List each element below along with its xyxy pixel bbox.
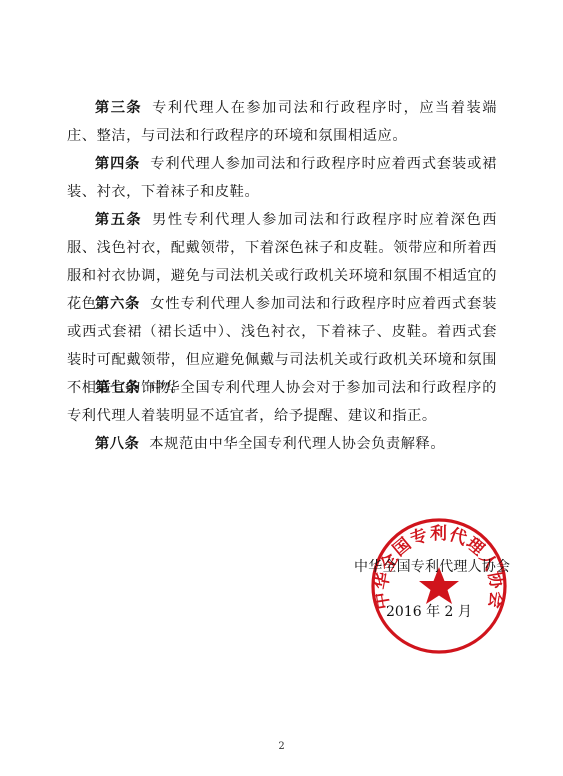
article-8: 第八条本规范由中华全国专利代理人协会负责解释。 [67, 430, 497, 458]
article-heading: 第八条 [95, 436, 139, 452]
signature-date: 2016 年 2 月 [386, 601, 472, 621]
official-seal-icon: 中华全国专利代理人协会 [370, 517, 508, 655]
signature-organization: 中华全国专利代理人协会 [354, 556, 510, 576]
article-3: 第三条专利代理人在参加司法和行政程序时，应当着装端庄、整洁，与司法和行政程序的环… [67, 94, 497, 150]
article-heading: 第六条 [95, 296, 140, 312]
article-heading: 第七条 [95, 380, 140, 396]
article-4: 第四条专利代理人参加司法和行政程序时应着西式套装或裙装、衬衣，下着袜子和皮鞋。 [67, 150, 497, 206]
article-7: 第七条中华全国专利代理人协会对于参加司法和行政程序的专利代理人着装明显不适宜者，… [67, 374, 497, 430]
article-heading: 第四条 [95, 156, 140, 172]
article-heading: 第三条 [95, 100, 142, 116]
article-heading: 第五条 [95, 212, 142, 228]
article-text: 本规范由中华全国专利代理人协会负责解释。 [149, 436, 445, 452]
document-page: 第三条专利代理人在参加司法和行政程序时，应当着装端庄、整洁，与司法和行政程序的环… [0, 0, 563, 776]
page-number: 2 [0, 741, 563, 752]
